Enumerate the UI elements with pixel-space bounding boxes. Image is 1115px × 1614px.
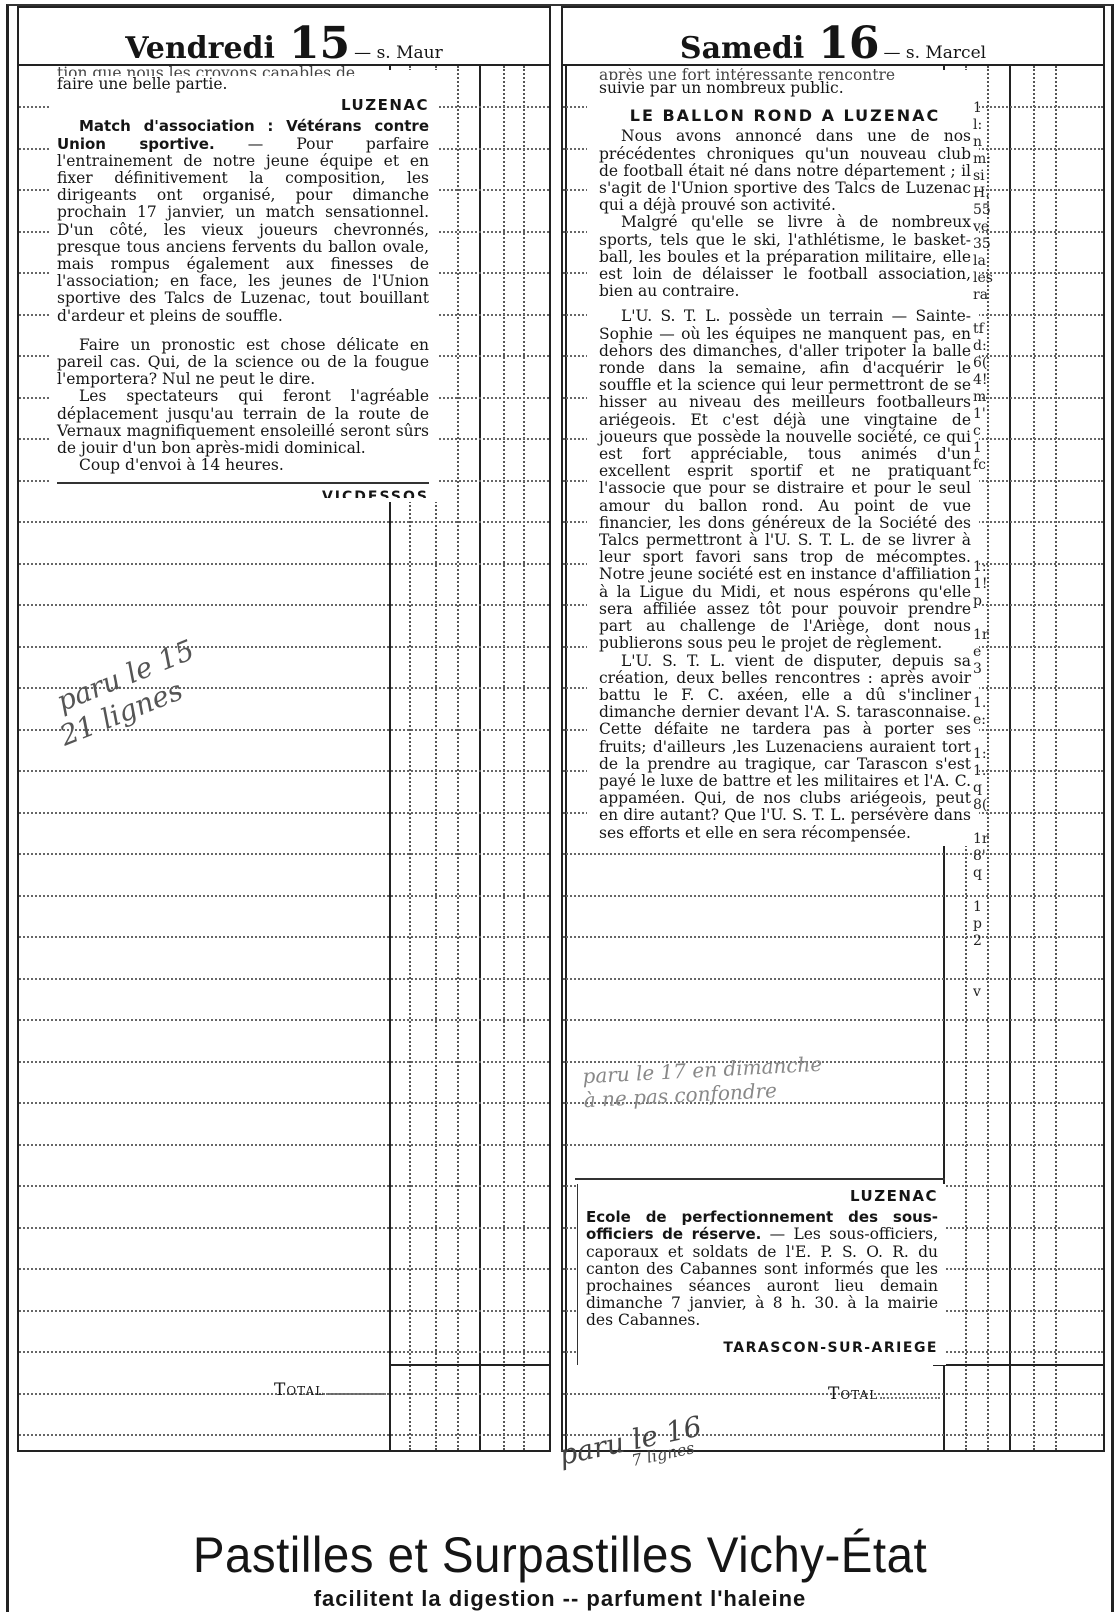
clip-paragraph: Malgré qu'elle se livre à de nombreux sp… [599, 214, 971, 300]
day-header: Vendredi15— s. Maur [19, 8, 549, 66]
clip-paragraph: L'U. S. T. L. possède un terrain — Saint… [599, 308, 971, 652]
clip-paragraph: L'U. S. T. L. vient de disputer, depuis … [599, 653, 971, 842]
weekday: Samedi [680, 31, 804, 66]
day-header: Samedi16— s. Marcel [563, 8, 1103, 66]
day-column-friday: Vendredi15— s. Maur tion que nous les cr… [17, 6, 551, 1452]
clip-paragraph: Les spectateurs qui feront l'agréable dé… [57, 388, 429, 457]
clipping-margin-fragments: 1 l: n m: si H. 55 ve 35 la les ra tf d:… [973, 100, 997, 1000]
saint-name: — s. Maur [354, 43, 443, 63]
clip-first-line: faire une belle partie. [57, 76, 429, 93]
cut-off-heading: VICDESSOS [57, 482, 429, 498]
newspaper-clipping-ballon-rond: après une fort intéressante rencontre su… [587, 70, 979, 846]
newspaper-clipping-luzenac-match: tion que nous les croyons capables de fa… [49, 70, 437, 502]
date-number: 16 [818, 18, 879, 69]
clip-heading: LUZENAC [57, 97, 429, 114]
newspaper-clipping-epsor: LUZENAC Ecole de perfectionnement des so… [577, 1184, 946, 1365]
total-label: Total [274, 1380, 386, 1400]
advertisement-title: Pastilles et Surpastilles Vichy-État [37, 1526, 1084, 1584]
clip-first-line: suivie par un nombreux public. [599, 80, 971, 97]
clip-heading: LUZENAC [586, 1188, 938, 1205]
clip-paragraph: Faire un pronostic est chose délicate en… [57, 337, 429, 389]
total-label: Total [828, 1384, 940, 1404]
clip-paragraph: Coup d'envoi à 14 heures. [57, 457, 429, 474]
day-column-saturday: Samedi16— s. Marcel après une fort intér… [561, 6, 1105, 1452]
clip-paragraph: Nous avons annoncé dans une de nos précé… [599, 128, 971, 214]
saint-name: — s. Marcel [883, 43, 986, 63]
clip-heading: LE BALLON ROND A LUZENAC [599, 107, 971, 124]
date-number: 15 [289, 18, 350, 69]
diary-page: Vendredi15— s. Maur tion que nous les cr… [6, 4, 1114, 1612]
cut-off-heading: TARASCON-SUR-ARIEGE [586, 1340, 938, 1357]
advertisement-subtitle: facilitent la digestion -- parfument l'h… [9, 1586, 1111, 1612]
clip-paragraph: — Pour parfaire l'entrainement de notre … [57, 135, 429, 325]
weekday: Vendredi [125, 31, 275, 66]
